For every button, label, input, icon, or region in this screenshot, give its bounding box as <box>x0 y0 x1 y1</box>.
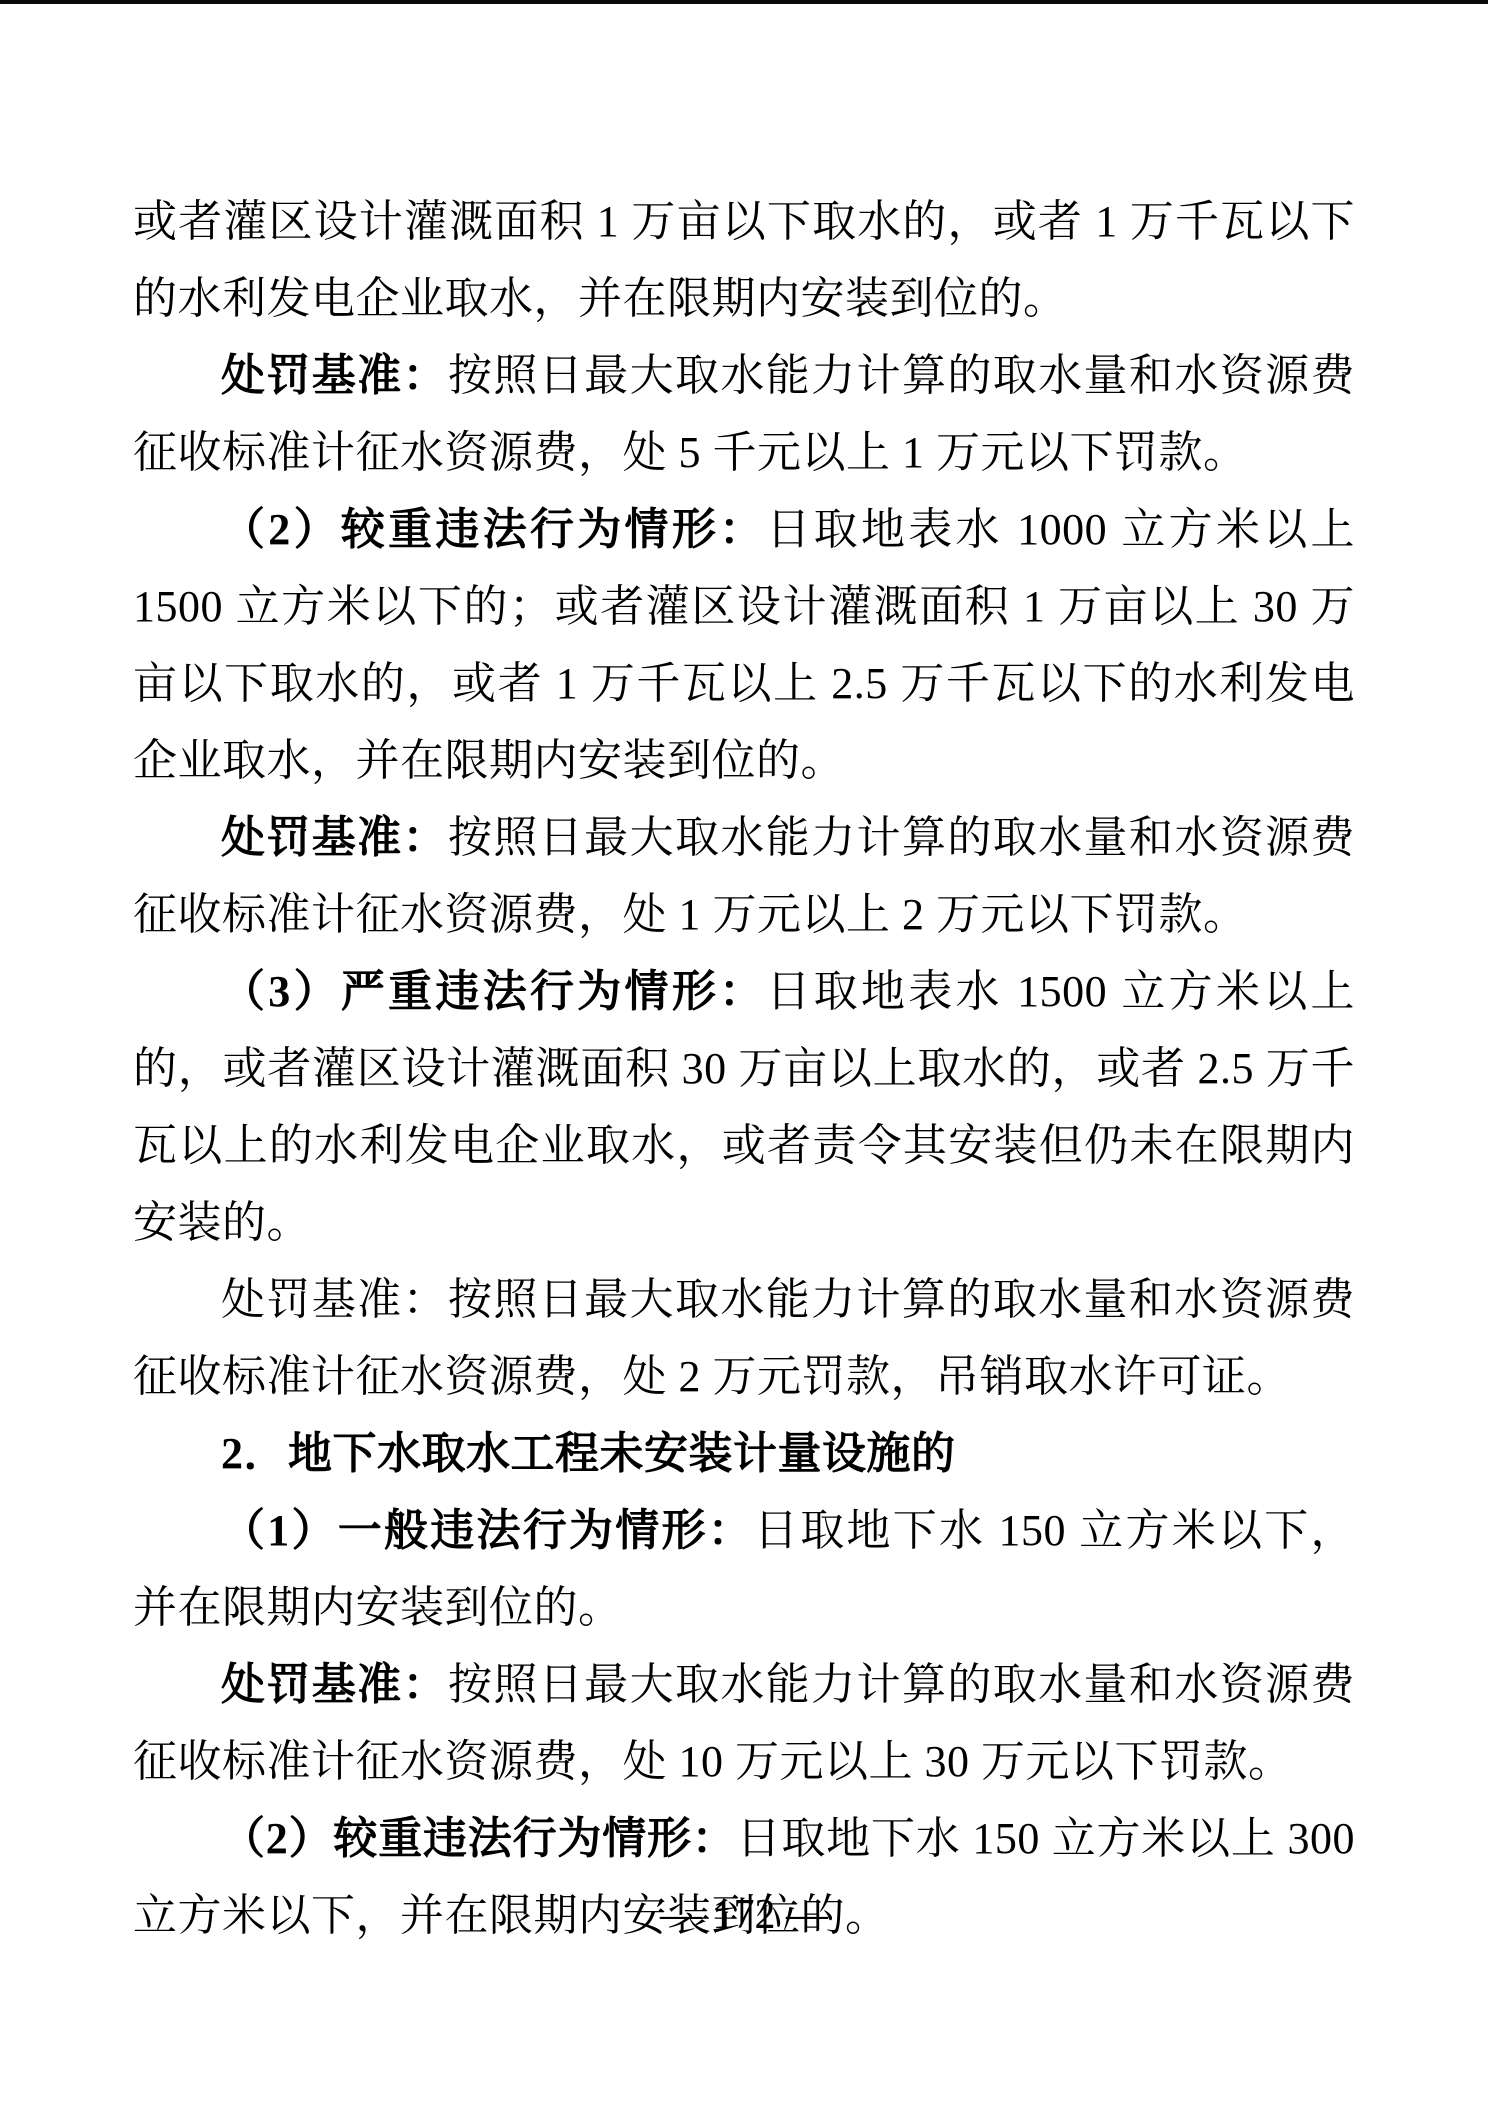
paragraph: （2）较重违法行为情形：日取地表水 1000 立方米以上 1500 立方米以下的… <box>133 491 1355 799</box>
paragraph: （1）一般违法行为情形：日取地下水 150 立方米以下，并在限期内安装到位的。 <box>133 1492 1355 1646</box>
paragraph: 处罚基准：按照日最大取水能力计算的取水量和水资源费征收标准计征水资源费，处 2 … <box>133 1261 1355 1415</box>
paragraph-lead: 处罚基准： <box>221 1660 448 1709</box>
paragraph-text: 处罚基准：按照日最大取水能力计算的取水量和水资源费征收标准计征水资源费，处 2 … <box>133 1275 1355 1401</box>
document-body: 或者灌区设计灌溉面积 1 万亩以下取水的，或者 1 万千瓦以下的水利发电企业取水… <box>133 183 1355 1954</box>
paragraph-lead: 处罚基准： <box>221 351 448 400</box>
paragraph-lead: （2）较重违法行为情形： <box>221 505 766 554</box>
paragraph-text: 或者灌区设计灌溉面积 1 万亩以下取水的，或者 1 万千瓦以下的水利发电企业取水… <box>133 197 1355 323</box>
paragraph-lead: （1）一般违法行为情形： <box>221 1506 754 1555</box>
paragraph: 处罚基准：按照日最大取水能力计算的取水量和水资源费征收标准计征水资源费，处 1 … <box>133 799 1355 953</box>
paragraph: 处罚基准：按照日最大取水能力计算的取水量和水资源费征收标准计征水资源费，处 5 … <box>133 337 1355 491</box>
paragraph: 2．地下水取水工程未安装计量设施的 <box>133 1415 1355 1492</box>
paragraph-lead: 2．地下水取水工程未安装计量设施的 <box>221 1429 956 1478</box>
page-number: — 172 — <box>133 1890 1355 1940</box>
paragraph: 处罚基准：按照日最大取水能力计算的取水量和水资源费征收标准计征水资源费，处 10… <box>133 1646 1355 1800</box>
paragraph-lead: （2）较重违法行为情形： <box>221 1814 737 1863</box>
paragraph: （3）严重违法行为情形：日取地表水 1500 立方米以上的，或者灌区设计灌溉面积… <box>133 953 1355 1261</box>
page-top-edge <box>0 0 1488 4</box>
paragraph-lead: （3）严重违法行为情形： <box>221 967 766 1016</box>
paragraph: 或者灌区设计灌溉面积 1 万亩以下取水的，或者 1 万千瓦以下的水利发电企业取水… <box>133 183 1355 337</box>
paragraph-lead: 处罚基准： <box>221 813 448 862</box>
